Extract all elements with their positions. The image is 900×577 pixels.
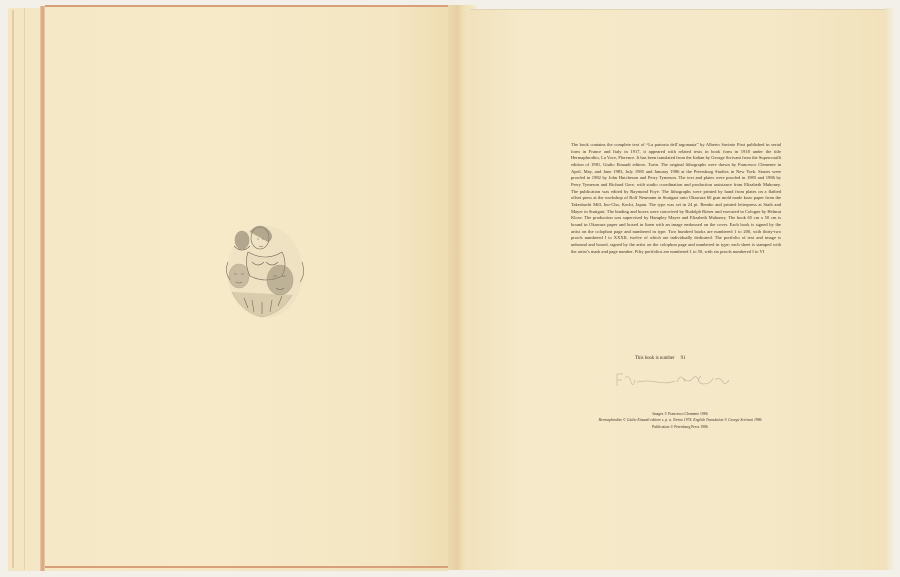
- edition-number-line: This book is number91: [635, 356, 685, 361]
- illustration-vignette: [222, 222, 308, 326]
- edition-number-value: 91: [681, 356, 686, 361]
- figures-vignette-icon: [222, 222, 308, 326]
- credit-line: Hermaphrodito © Giulio Einaudi editore s…: [565, 417, 795, 423]
- copyright-credits: Images © Francesco Clemente 1986 Hermaph…: [565, 411, 795, 430]
- right-page-edge: [886, 8, 894, 570]
- page-edge-line: [12, 10, 14, 568]
- signature-icon: [613, 366, 733, 392]
- right-page: [470, 9, 890, 570]
- page-edge-line: [24, 8, 25, 570]
- artist-signature: [613, 366, 733, 392]
- edition-number-label: This book is number: [635, 356, 675, 361]
- credit-line: Publication © Petersburg Press 1986: [565, 424, 795, 430]
- colophon-text: The book contains the complete text of “…: [571, 142, 781, 255]
